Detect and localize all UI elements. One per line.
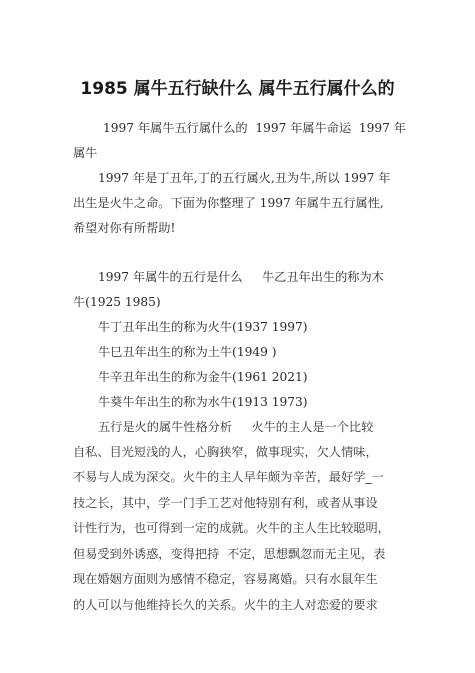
paragraph-line: 牛(1925 1985) <box>73 294 161 310</box>
paragraph-line: 希望对你有所帮助! <box>73 220 175 236</box>
document-title: 1985 属牛五行缺什么 属牛五行属什么的 <box>0 74 475 99</box>
document-page: 1985 属牛五行缺什么 属牛五行属什么的 1997 年属牛五行属什么的 199… <box>0 0 475 673</box>
paragraph-line: 牛巳丑年出生的称为土牛(1949 ) <box>98 344 276 360</box>
paragraph-line: 属牛 <box>73 145 97 161</box>
paragraph-line: 计性行为，也可得到一定的成就。火牛的主人生比较聪明， <box>73 520 390 536</box>
paragraph-line: 五行是火的属牛性格分析 火牛的主人是一个比较 <box>98 419 373 435</box>
paragraph-line: 牛葵牛年出生的称为水牛(1913 1973) <box>98 394 307 410</box>
paragraph-line: 但易受到外诱惑，变得把持 不定，思想飘忽而无主见，表 <box>73 546 385 562</box>
paragraph-line: 技之长，其中，学一门手工艺对他特别有利，或者从事设 <box>73 495 378 511</box>
paragraph-line: 1997 年是丁丑年,丁的五行属火,丑为牛,所以 1997 年 <box>98 170 390 186</box>
paragraph-line: 1997 年属牛的五行是什么 牛乙丑年出生的称为木 <box>98 269 384 285</box>
paragraph-line: 的人可以与他维持长久的关系。火牛的主人对恋爱的要求 <box>73 597 378 613</box>
paragraph-line: 1997 年属牛五行属什么的 1997 年属牛命运 1997 年 <box>103 120 406 136</box>
paragraph-line: 现在婚姻方面则为感情不稳定，容易离婚。只有水鼠年生 <box>73 571 378 587</box>
paragraph-line: 牛辛丑年出生的称为金牛(1961 2021) <box>98 369 307 385</box>
paragraph-line: 牛丁丑年出生的称为火牛(1937 1997) <box>98 319 307 335</box>
paragraph-line: 自私、目光短浅的人，心胸狭窄，做事现实，欠人情味， <box>73 444 378 460</box>
paragraph-line: 不易与人成为深交。火牛的主人早年颇为辛苦，最好学_一 <box>73 469 384 485</box>
paragraph-line: 出生是火牛之命。下面为你整理了 1997 年属牛五行属性, <box>73 195 384 211</box>
